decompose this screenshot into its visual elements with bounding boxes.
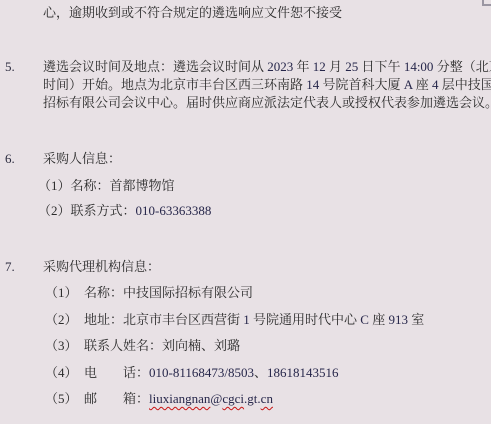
item-7-sub-2-agency-address: （2） 地址：北京市丰台区西营街 1 号院通用时代中心 C 座 913 室 [45,311,424,329]
item-5-paragraph: 遴选会议时间及地点：遴选会议时间从 2023 年 12 月 25 日下午 14:… [43,58,491,112]
scrollbar-corner-mark [482,0,491,6]
item-6-header: 采购人信息： [43,150,121,168]
item-5-number: 5. [5,58,15,76]
item-5-line-2: 时间）开始。地点为北京市丰台区西三环南路 14 号院首科大厦 A 座 4 层中技… [43,76,491,94]
item-6-number: 6. [5,150,15,168]
item-7-number: 7. [5,258,15,276]
item-6-sub-1-purchaser-name: （1）名称：首都博物馆 [38,177,175,195]
document-page: 心，逾期收到或不符合规定的遴选响应文件恕不接受 5. 遴选会议时间及地点：遴选会… [0,0,491,424]
item-5-line-3: 招标有限公司会议中心。届时供应商应派法定代表人或授权代表参加遴选会议。 [43,94,491,112]
item-7-sub-4-telephone: （4） 电 话：010-81168473/8503、18618143516 [45,364,339,382]
item-7-sub-3-contact-names: （3） 联系人姓名：刘向楠、刘璐 [45,337,240,355]
item-7-sub-1-agency-name: （1） 名称：中技国际招标有限公司 [45,284,253,302]
intro-paragraph: 心，逾期收到或不符合规定的遴选响应文件恕不接受 [43,4,342,22]
item-5-line-1: 遴选会议时间及地点：遴选会议时间从 2023 年 12 月 25 日下午 14:… [43,58,491,76]
item-7-header: 采购代理机构信息： [43,258,160,276]
item-7-sub-5-email: （5） 邮 箱：liuxiangnan@cgci.gt.cn [45,390,273,408]
item-6-sub-2-contact-phone: （2）联系方式：010-63363388 [38,202,211,220]
